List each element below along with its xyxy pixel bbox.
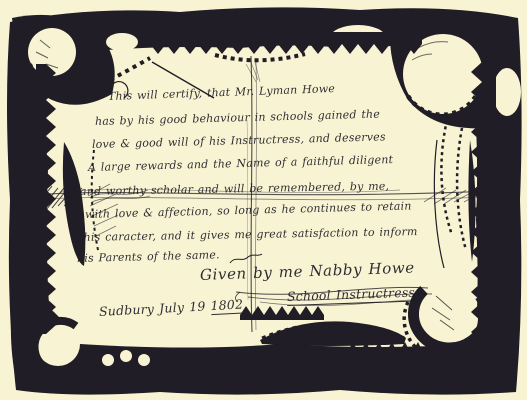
handwritten-text: This will certify, that Mr. Lyman Howe h…: [0, 0, 527, 400]
certificate-line: this caracter, and it gives me great sat…: [79, 225, 418, 244]
certificate-line: A large rewards and the Name of a faithf…: [88, 153, 393, 174]
certificate-line: has by his good behaviour in schools gai…: [95, 108, 380, 128]
dateline: Sudbury July 191802: [99, 296, 244, 319]
dateline-year: 1802: [210, 296, 243, 315]
certificate-engraving: This will certify, that Mr. Lyman Howe h…: [0, 0, 527, 400]
certificate-line: with love & affection, so long as he con…: [85, 199, 412, 221]
certificate-line: love & good will of his Instructress, an…: [92, 130, 386, 151]
dateline-place: Sudbury July 19: [99, 298, 206, 319]
certificate-line: This will certify, that Mr. Lyman Howe: [108, 82, 335, 103]
signature-line: Given by me Nabby Howe: [200, 259, 415, 284]
certificate-line: his Parents of the same.: [77, 248, 220, 265]
certificate-line: and worthy scholar and will be remembere…: [80, 180, 389, 198]
signature-title: School Instructress: [287, 285, 416, 306]
